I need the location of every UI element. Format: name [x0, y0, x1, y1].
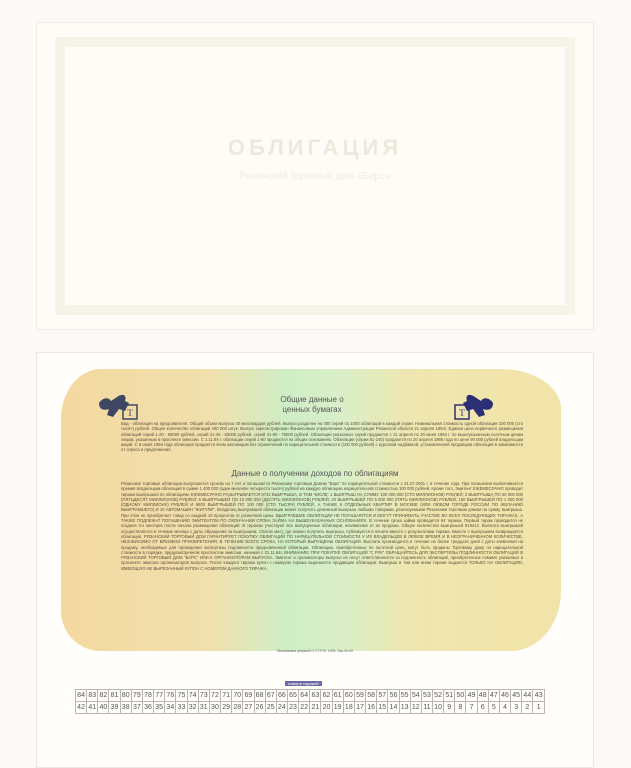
coupon-cell: 48 [477, 690, 488, 702]
svg-text:Т: Т [127, 408, 133, 418]
coupon-cell: 56 [388, 690, 399, 702]
coupon-cell: 69 [243, 690, 254, 702]
coupon-cell: 25 [265, 702, 276, 714]
coupon-cell: 40 [98, 702, 109, 714]
coupon-cell: 15 [377, 702, 388, 714]
front-title: ОБЛИГАЦИЯ [37, 135, 593, 161]
coupon-cell: 13 [399, 702, 410, 714]
coupon-cell: 24 [276, 702, 287, 714]
coupon-cell: 75 [176, 690, 187, 702]
coupon-cell: 65 [287, 690, 298, 702]
coupon-cell: 3 [511, 702, 522, 714]
coupon-cell: 76 [165, 690, 176, 702]
coupon-cell: 51 [444, 690, 455, 702]
coupon-cell: 19 [332, 702, 343, 714]
printer-imprint: Московская фирмой О.Т.Т.Р.Ф. 1993. Зак.4… [37, 649, 593, 653]
coupon-cell: 37 [131, 702, 142, 714]
coupon-cell: 6 [477, 702, 488, 714]
coupon-cell: 46 [499, 690, 510, 702]
coupon-row-top: 8483828180797877767574737271706968676665… [76, 690, 545, 702]
coupon-cell: 32 [187, 702, 198, 714]
coupon-cell: 43 [533, 690, 545, 702]
coupon-cell: 79 [131, 690, 142, 702]
general-data-title: Общие данные о ценных бумагах [267, 395, 357, 415]
coupon-row-bottom: 4241403938373635343332313029282726252423… [76, 702, 545, 714]
general-data-text: Вид - облигация на предъявителя. Общий о… [121, 421, 523, 461]
income-data-title: Данные о получении доходов по облигациям [37, 469, 593, 479]
coupon-cell: 2 [522, 702, 533, 714]
coupon-cell: 12 [410, 702, 421, 714]
coupon-cell: 82 [98, 690, 109, 702]
coupon-cell: 73 [198, 690, 209, 702]
coupon-cell: 74 [187, 690, 198, 702]
coupon-cell: 62 [321, 690, 332, 702]
coupon-cell: 30 [209, 702, 220, 714]
coupon-cell: 81 [109, 690, 120, 702]
coupon-cell: 10 [433, 702, 444, 714]
coupon-cell: 50 [455, 690, 466, 702]
coupon-cell: 45 [511, 690, 522, 702]
coupon-cell: 58 [366, 690, 377, 702]
coupon-cell: 57 [377, 690, 388, 702]
coupon-cell: 55 [399, 690, 410, 702]
coupon-cell: 63 [310, 690, 321, 702]
coupon-cell: 8 [455, 702, 466, 714]
coupon-cell: 5 [488, 702, 499, 714]
income-data-text: Рязанские торговые облигации выпускаются… [121, 481, 523, 641]
coupon-cell: 61 [332, 690, 343, 702]
coupon-cell: 20 [321, 702, 332, 714]
coupon-cell: 67 [265, 690, 276, 702]
front-subtitle: Рязанский торговый дом «Барс» [37, 171, 593, 182]
bond-front-face: ОБЛИГАЦИЯ Рязанский торговый дом «Барс» [36, 22, 594, 330]
coupon-cell: 27 [243, 702, 254, 714]
coupon-cell: 38 [120, 702, 131, 714]
coupon-cell: 77 [154, 690, 165, 702]
svg-text:Т: Т [459, 408, 465, 418]
coupon-cell: 22 [299, 702, 310, 714]
coupon-cell: 64 [299, 690, 310, 702]
coupon-cell: 66 [276, 690, 287, 702]
coupon-cell: 72 [209, 690, 220, 702]
panther-logo-icon: Т [451, 389, 497, 425]
coupon-cell: 42 [76, 702, 87, 714]
coupon-cell: 83 [87, 690, 98, 702]
coupon-cell: 31 [198, 702, 209, 714]
coupon-cell: 52 [433, 690, 444, 702]
coupon-cell: 49 [466, 690, 477, 702]
coupon-cell: 70 [232, 690, 243, 702]
coupon-cell: 54 [410, 690, 421, 702]
coupon-cell: 23 [287, 702, 298, 714]
coupon-cell: 18 [343, 702, 354, 714]
coupon-cell: 26 [254, 702, 265, 714]
coupon-cell: 21 [310, 702, 321, 714]
coupon-cell: 47 [488, 690, 499, 702]
coupon-cell: 29 [221, 702, 232, 714]
coupon-cell: 17 [354, 702, 365, 714]
coupon-cell: 28 [232, 702, 243, 714]
coupon-cell: 4 [499, 702, 510, 714]
coupon-cell: 14 [388, 702, 399, 714]
coupon-cell: 36 [142, 702, 153, 714]
coupon-cell: 53 [421, 690, 432, 702]
coupon-cell: 84 [76, 690, 87, 702]
coupon-cell: 33 [176, 702, 187, 714]
coupon-cell: 78 [142, 690, 153, 702]
coupon-cell: 80 [120, 690, 131, 702]
coupon-cell: 1 [533, 702, 545, 714]
coupon-cell: 11 [421, 702, 432, 714]
coupon-grid: 8483828180797877767574737271706968676665… [75, 689, 545, 714]
coupon-cell: 44 [522, 690, 533, 702]
coupon-cell: 16 [366, 702, 377, 714]
bond-back-face: Т Т Общие данные о ценных бумагах Вид - … [36, 352, 594, 768]
coupon-cell: 35 [154, 702, 165, 714]
coupon-cell: 59 [354, 690, 365, 702]
panther-logo-icon: Т [95, 389, 141, 425]
coupon-cell: 60 [343, 690, 354, 702]
coupon-cell: 41 [87, 702, 98, 714]
coupon-cell: 34 [165, 702, 176, 714]
coupon-cell: 71 [221, 690, 232, 702]
coupon-label: номера тиражей [285, 681, 322, 686]
coupon-cell: 7 [466, 702, 477, 714]
coupon-cell: 39 [109, 702, 120, 714]
coupon-cell: 68 [254, 690, 265, 702]
coupon-cell: 9 [444, 702, 455, 714]
